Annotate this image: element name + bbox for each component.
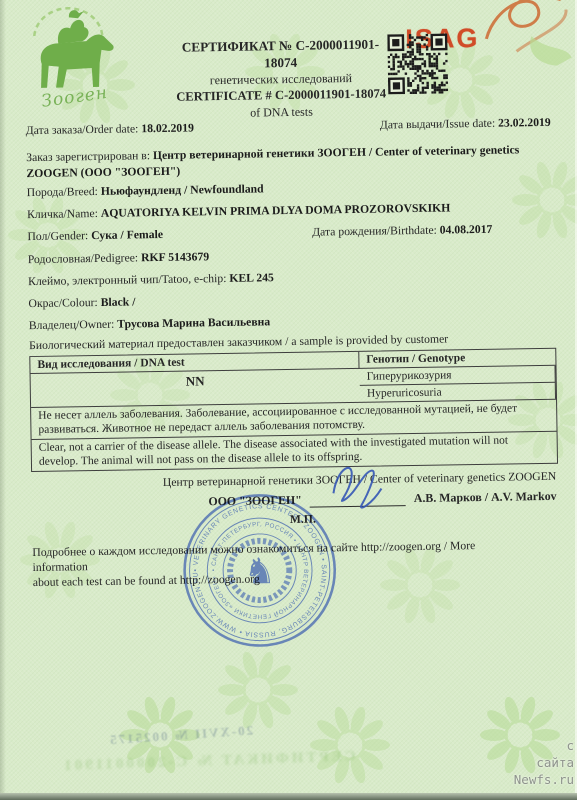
owner-value: Трусова Марина Васильевна [117, 315, 270, 330]
issuer-org-line: Центр ветеринарной генетики ЗООГЕН / Cen… [31, 470, 556, 491]
order-date-value: 18.02.2019 [141, 121, 194, 135]
gender-value: Сука / Female [91, 228, 163, 242]
order-date: Дата заказа/Order date: 18.02.2019 [26, 121, 194, 137]
watermark-line1: с [514, 737, 574, 754]
field-colour: Окрас/Colour: Black / [28, 289, 553, 310]
zoogen-round-seal: • VETERINARY GENETICS CENTER • ZOOGEN • … [179, 490, 339, 650]
birthdate-value: 04.08.2017 [440, 223, 493, 237]
field-pedigree: Родословная/Pedigree: RKF 5143679 [28, 245, 553, 266]
issue-date-label: Дата выдачи/Issue date: [380, 117, 495, 132]
field-birthdate: Дата рождения/Birthdate: 04.08.2017 [312, 223, 492, 239]
tattoo-value: KEL 245 [229, 271, 274, 285]
issue-date: Дата выдачи/Issue date: 23.02.2019 [380, 116, 551, 132]
pedigree-value: RKF 5143679 [141, 250, 209, 264]
certificate-title-block: СЕРТИФИКАТ № С-2000011901-18074 генетиче… [166, 36, 395, 121]
field-tattoo: Клеймо, электронный чип/Tatoo, e-chip: K… [28, 267, 553, 288]
genotype-value: NN [31, 369, 360, 407]
pedigree-label: Родословная/Pedigree: [28, 251, 139, 266]
handwritten-signature-icon [327, 454, 398, 510]
scanned-sheet: Зооген ISAG СЕРТИФИКАТ № С-2000011901-18… [0, 0, 577, 800]
qr-code [387, 33, 448, 94]
gender-label: Пол/Gender: [27, 229, 88, 243]
dna-test-table: Вид исследования / DNA test Генотип / Ge… [29, 348, 558, 472]
zoogen-logo: Зооген [6, 4, 138, 118]
name-label: Кличка/Name: [27, 207, 98, 221]
breed-label: Порода/Breed: [27, 185, 98, 199]
registered-at: Заказ зарегистрирован в: Центр ветеринар… [26, 142, 551, 182]
tattoo-label: Клеймо, электронный чип/Tatoo, e-chip: [28, 272, 227, 288]
scan-edge-left [0, 0, 6, 800]
scan-edge-bottom [0, 793, 577, 800]
certificate-page: Зооген ISAG СЕРТИФИКАТ № С-2000011901-18… [0, 0, 577, 800]
certificate-number-ru: СЕРТИФИКАТ № С-2000011901-18074 [166, 36, 394, 73]
colour-label: Окрас/Colour: [28, 296, 98, 310]
blank-number-showthrough: 20-XVII № 0025175 [93, 722, 254, 749]
newfs-site-watermark: с сайта Newfs.ru [514, 737, 574, 788]
field-owner: Владелец/Owner: Трусова Марина Васильевн… [29, 311, 554, 332]
order-date-label: Дата заказа/Order date: [26, 122, 139, 137]
registered-at-label: Заказ зарегистрирован в: [26, 149, 150, 164]
field-name: Кличка/Name: AQUATORIYA KELVIN PRIMA DLY… [27, 200, 552, 221]
watermark-line3: Newfs.ru [514, 771, 574, 788]
dates-row: Дата заказа/Order date: 18.02.2019 Дата … [26, 116, 551, 137]
title-showthrough: СЕРТИФИКАТ № С-2000011901 [35, 748, 355, 776]
breed-value: Ньюфаундленд / Newfoundland [101, 182, 264, 198]
stamp-horse-icon: ♞ [243, 551, 275, 591]
colour-value: Black / [101, 295, 136, 309]
watermark-line2: сайта [514, 754, 574, 771]
signatory-name: А.В. Марков / A.V. Markov [414, 489, 557, 506]
name-value: AQUATORIYA KELVIN PRIMA DLYA DOMA PROZOR… [101, 201, 451, 219]
birthdate-label: Дата рождения/Birthdate: [312, 224, 437, 239]
field-gender: Пол/Gender: Сука / Female [27, 228, 163, 243]
field-gender-birthdate: Пол/Gender: Сука / Female Дата рождения/… [27, 222, 552, 243]
field-breed: Порода/Breed: Ньюфаундленд / Newfoundlan… [27, 178, 552, 199]
issue-date-value: 23.02.2019 [498, 116, 551, 130]
corner-swirl-icon [476, 0, 572, 67]
owner-label: Владелец/Owner: [29, 318, 115, 332]
